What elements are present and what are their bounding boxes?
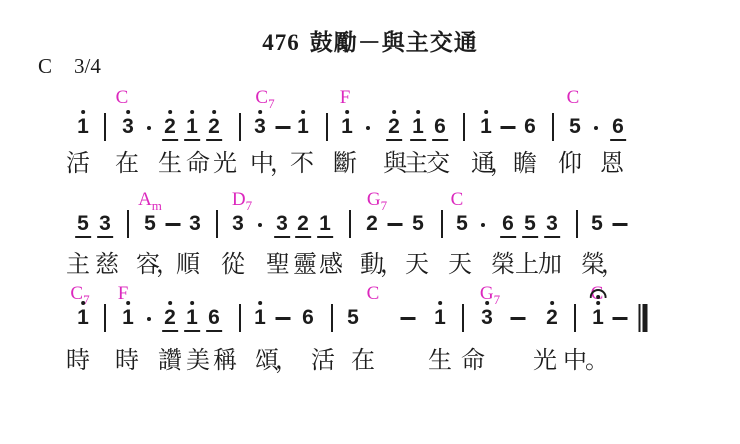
barline [574,304,576,332]
note-digit: 6 [500,213,516,238]
lyric-char: 在 [351,347,375,375]
lyric-char: 稱 [213,347,237,375]
note-digit: 6 [610,116,626,141]
note-digit: 2 [206,116,222,141]
note-digit: 1 [478,116,494,139]
note-digit: 3 [120,116,136,139]
lyric-char: 在 [115,150,139,178]
chord-symbol: C7 [255,87,274,109]
lyric-char: 靈 [293,251,317,279]
barline [441,210,443,238]
note-digit: 3 [230,213,246,236]
note-digit: 1 [590,307,606,330]
chord-symbol: Am [138,189,162,211]
chord-row: CC7FC [0,87,740,117]
duration-dash [276,317,291,320]
duration-dash [511,317,526,320]
lyric-char: 聖 [266,251,290,279]
note-digit: 1 [410,116,426,141]
note-digit: 6 [206,307,222,332]
note-digit: 1 [252,307,268,330]
barline [349,210,351,238]
lyric-char: 中 [563,347,587,375]
fermata-dot-icon [596,295,600,299]
chord-symbol: C [567,87,580,109]
barline [216,210,218,238]
note-digit: 2 [544,307,560,330]
augmentation-dot [258,223,262,227]
chord-symbol: C7 [70,283,89,305]
lyric-char: 加 [538,251,562,279]
lyric-row: 活在生命光中，不斷與主交通，瞻仰恩 [0,150,740,180]
note-digit: 2 [162,307,178,332]
lyric-char: 上 [515,251,539,279]
note-digit: 1 [75,307,91,330]
song-name: 鼓勵－與主交通 [310,30,478,55]
duration-dash [276,126,291,129]
note-digit: 5 [142,213,158,236]
duration-dash [613,317,628,320]
barline [331,304,333,332]
augmentation-dot [147,126,151,130]
song-number: 476 [262,30,300,55]
lyric-punctuation: ， [601,251,625,279]
lyric-char: 從 [221,251,245,279]
note-row: 132123112161656 [0,116,740,146]
lyric-char: 主 [66,251,90,279]
note-digit: 1 [317,213,333,238]
note-digit: 5 [522,213,538,238]
augmentation-dot [366,126,370,130]
lyric-punctuation: ， [275,347,299,375]
note-digit: 3 [252,116,268,139]
note-digit: 1 [184,307,200,332]
note-row: 535333212556535 [0,213,740,243]
note-digit: 1 [184,116,200,141]
duration-dash [388,223,403,226]
lyric-char: 瞻 [513,150,537,178]
barline [239,304,241,332]
note-digit: 6 [432,116,448,141]
barline [104,113,106,141]
note-digit: 1 [432,307,448,330]
barline [462,304,464,332]
chord-symbol: D7 [232,189,252,211]
lyric-char: 慈 [95,251,119,279]
lyric-punctuation: ， [490,150,514,178]
note-digit: 2 [386,116,402,141]
duration-dash [501,126,516,129]
final-barline [639,304,648,332]
barline [127,210,129,238]
sheet-music-page: 476鼓勵－與主交通 C3/4 CC7FC 132123112161656 活在… [0,0,740,444]
augmentation-dot [481,223,485,227]
note-digit: 5 [567,116,583,139]
lyric-char: 活 [66,150,90,178]
note-digit: 1 [295,116,311,139]
note-digit: 5 [454,213,470,236]
key-letter: C [38,54,52,78]
lyric-char: 交 [426,150,450,178]
lyric-char: 命 [186,150,210,178]
note-digit: 6 [300,307,316,330]
lyric-char: 主 [404,150,428,178]
barline [576,210,578,238]
duration-dash [166,223,181,226]
lyric-char: 榮 [491,251,515,279]
song-title: 476鼓勵－與主交通 [0,24,740,57]
note-digit: 3 [544,213,560,238]
key-signature: C3/4 [38,54,101,79]
note-digit: 2 [364,213,380,236]
lyric-char: 天 [448,251,472,279]
duration-dash [401,317,416,320]
note-digit: 3 [274,213,290,238]
augmentation-dot [594,126,598,130]
note-digit: 6 [522,116,538,139]
duration-dash [613,223,628,226]
lyric-char: 感 [319,251,343,279]
barline [552,113,554,141]
lyric-char: 命 [461,347,485,375]
lyric-row: 時時讚美稱頌，活在生命光中。 [0,347,740,377]
lyric-char: 美 [186,347,210,375]
chord-symbol: C [367,283,380,305]
lyric-char: 斷 [333,150,357,178]
chord-symbol: F [340,87,351,109]
note-digit: 5 [345,307,361,330]
lyric-char: 天 [405,251,429,279]
chord-symbol: C [451,189,464,211]
lyric-char: 不 [290,150,314,178]
lyric-char: 生 [428,347,452,375]
lyric-char: 時 [66,347,90,375]
chord-symbol: G7 [367,189,387,211]
barline [326,113,328,141]
lyric-char: 仰 [558,150,582,178]
lyric-char: 光 [533,347,557,375]
lyric-char: 光 [213,150,237,178]
lyric-punctuation: 。 [585,347,609,375]
note-digit: 2 [162,116,178,141]
note-digit: 3 [97,213,113,238]
note-digit: 1 [120,307,136,330]
lyric-punctuation: ， [380,251,404,279]
lyric-char: 活 [311,347,335,375]
lyric-char: 順 [176,251,200,279]
barline [104,304,106,332]
note-digit: 3 [479,307,495,330]
note-digit: 5 [75,213,91,238]
note-row: 112161651321 [0,307,740,337]
note-digit: 5 [410,213,426,236]
lyric-char: 恩 [600,150,624,178]
barline [239,113,241,141]
note-digit: 1 [75,116,91,139]
time-signature: 3/4 [74,54,101,78]
barline [463,113,465,141]
note-digit: 2 [295,213,311,238]
lyric-char: 時 [115,347,139,375]
chord-symbol: C [116,87,129,109]
augmentation-dot [147,317,151,321]
note-digit: 1 [339,116,355,139]
lyric-char: 生 [158,150,182,178]
lyric-char: 讚 [158,347,182,375]
note-digit: 3 [187,213,203,236]
chord-symbol: G7 [480,283,500,305]
note-digit: 5 [589,213,605,236]
lyric-row: 主慈容，順從聖靈感動，天天榮上加榮， [0,251,740,281]
